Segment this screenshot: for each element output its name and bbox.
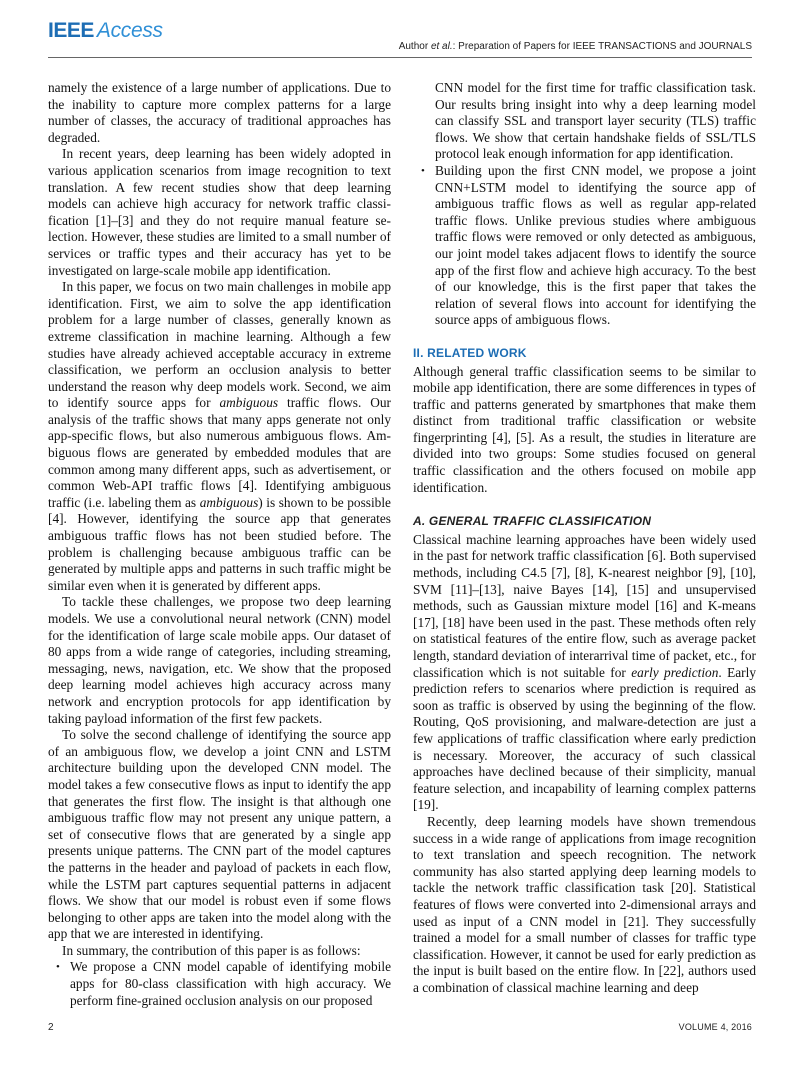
page-number: 2	[48, 1022, 54, 1033]
right-column: CNN model for the first time for traffic…	[413, 80, 756, 996]
paper-page: IEEEAccess Author et al.: Preparation of…	[0, 0, 800, 1087]
paragraph: To tackle these challenges, we propose t…	[48, 594, 391, 727]
header-rule	[48, 57, 752, 58]
list-item-continued: CNN model for the first time for traffic…	[435, 80, 756, 163]
subsection-heading: A. GENERAL TRAFFIC CLASSIFICATION	[413, 513, 756, 530]
text-run: . Early prediction refers to scenarios w…	[413, 665, 756, 813]
paragraph: In recent years, deep learning has been …	[48, 146, 391, 279]
running-head: Author et al.: Preparation of Papers for…	[399, 41, 752, 52]
paragraph: In this paper, we focus on two main chal…	[48, 279, 391, 594]
contribution-list: We propose a CNN model capable of identi…	[48, 959, 391, 1009]
emphasis: ambiguous	[200, 495, 259, 510]
left-column: namely the existence of a large number o…	[48, 80, 391, 1009]
text-run: Classical machine learning approaches ha…	[413, 532, 756, 680]
paragraph: Although general traffic classification …	[413, 364, 756, 497]
running-head-etal: et al.	[431, 41, 453, 52]
contribution-list-continued: CNN model for the first time for traffic…	[413, 80, 756, 329]
running-head-title: : Preparation of Papers for IEEE TRANSAC…	[453, 41, 752, 52]
paragraph: Recently, deep learning models have show…	[413, 814, 756, 997]
logo-access-text: Access	[97, 19, 163, 42]
paragraph: To solve the second challenge of identif…	[48, 727, 391, 943]
volume-label: VOLUME 4, 2016	[679, 1022, 752, 1032]
emphasis: early prediction	[631, 665, 718, 680]
section-heading: II. RELATED WORK	[413, 345, 756, 362]
text-run: traffic flows. Our analysis of the traff…	[48, 395, 391, 510]
running-head-author: Author	[399, 41, 431, 52]
logo-ieee-text: IEEE	[48, 19, 94, 42]
emphasis: ambiguous	[219, 395, 278, 410]
paragraph: Classical machine learning approaches ha…	[413, 532, 756, 814]
list-item: Building upon the first CNN model, we pr…	[435, 163, 756, 329]
text-run: In this paper, we focus on two main chal…	[48, 279, 391, 410]
list-item: We propose a CNN model capable of identi…	[70, 959, 391, 1009]
paragraph: namely the existence of a large number o…	[48, 80, 391, 146]
paragraph: In summary, the contribution of this pap…	[48, 943, 391, 960]
ieee-access-logo: IEEEAccess	[48, 19, 163, 43]
